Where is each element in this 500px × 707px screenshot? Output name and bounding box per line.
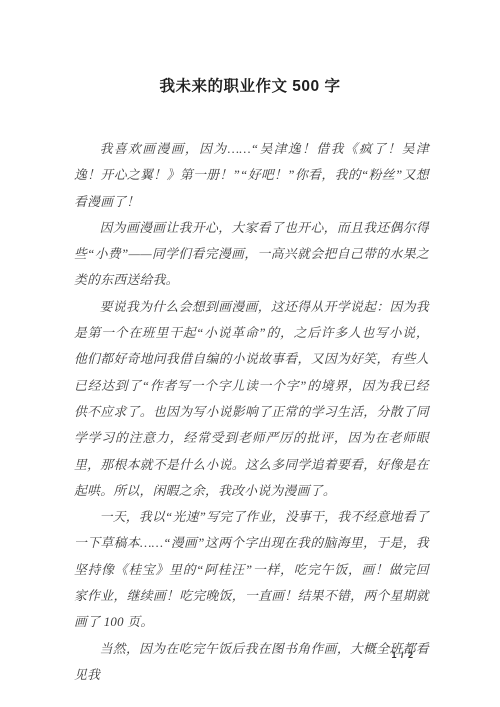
- page-number-indicator: 1 / 2: [391, 650, 414, 660]
- essay-paragraph: 我喜欢画漫画，因为……“吴津逸！借我《疯了！吴津逸！开心之翼！》第一册！”“好吧…: [74, 136, 429, 215]
- essay-paragraph: 因为画漫画让我开心，大家看了也开心，而且我还偶尔得些“小费”——同学们看完漫画，…: [74, 215, 429, 294]
- essay-body: 我喜欢画漫画，因为……“吴津逸！借我《疯了！吴津逸！开心之翼！》第一册！”“好吧…: [74, 136, 429, 688]
- page-title: 我未来的职业作文 500 字: [0, 74, 500, 96]
- essay-paragraph: 要说我为什么会想到画漫画，这还得从开学说起：因为我是第一个在班里干起“小说革命”…: [74, 294, 429, 504]
- essay-paragraph: 当然，因为在吃完午饭后我在图书角作画，大概全班都看见我: [74, 636, 429, 689]
- essay-paragraph: 一天，我以“光速”写完了作业，没事干，我不经意地看了一下草稿本……“漫画”这两个…: [74, 504, 429, 635]
- document-page: 我未来的职业作文 500 字 我喜欢画漫画，因为……“吴津逸！借我《疯了！吴津逸…: [0, 0, 500, 707]
